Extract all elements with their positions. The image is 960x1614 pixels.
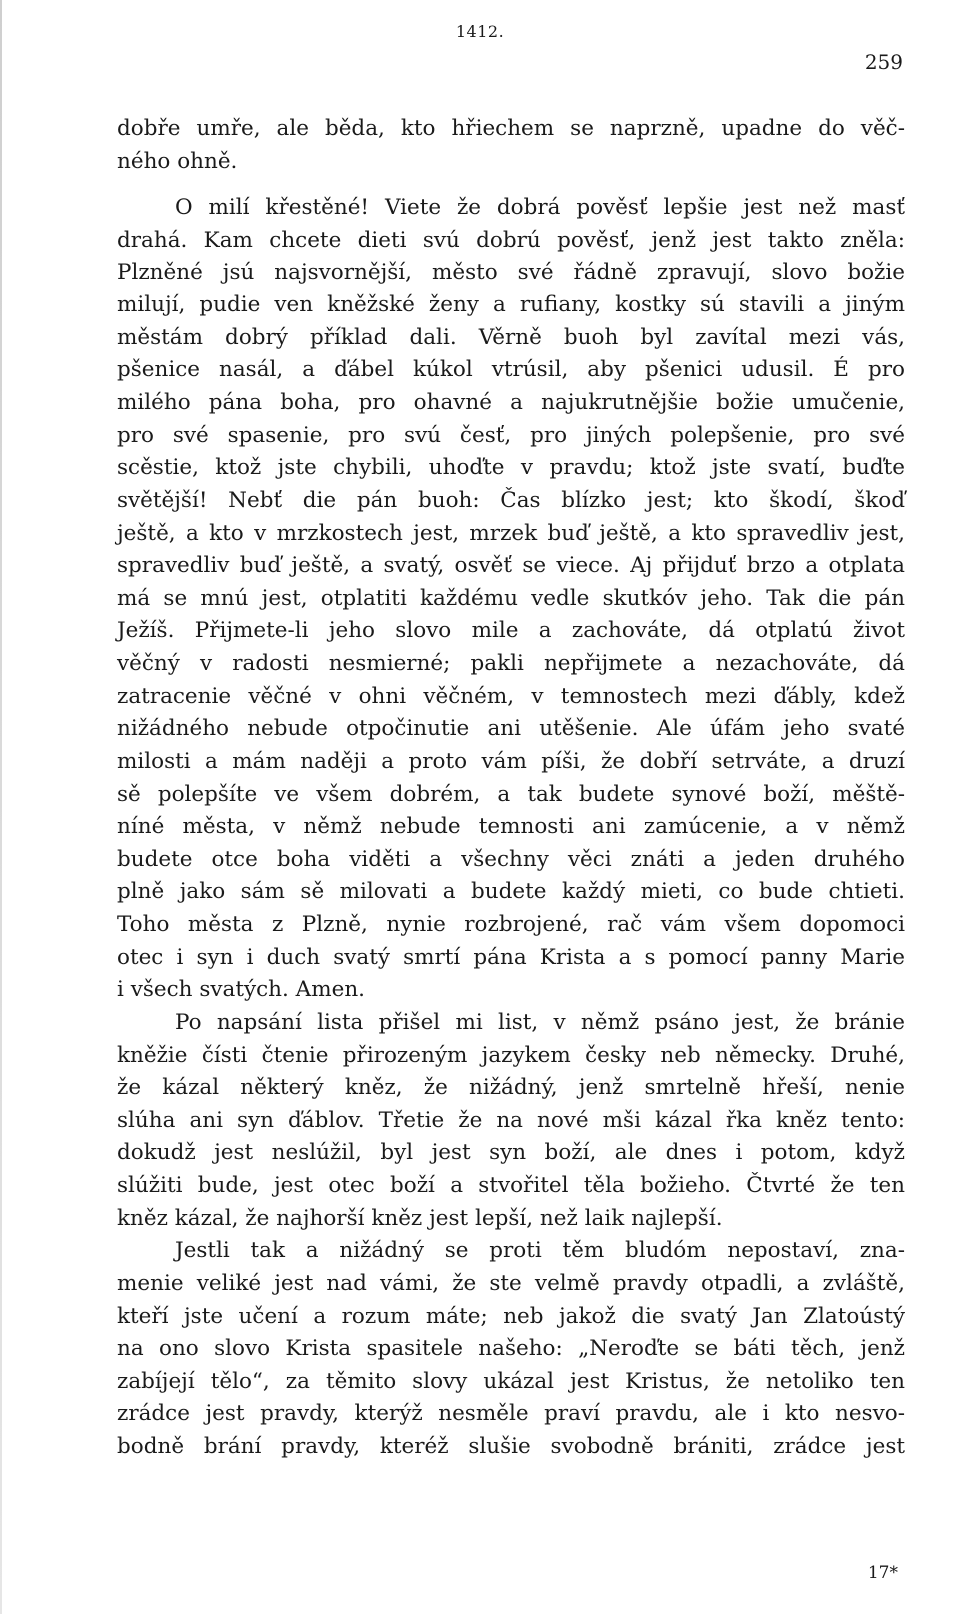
text-line: pšenice nasál, a ďábel kúkol vtrúsil, ab… xyxy=(117,355,905,385)
text-line: sě polepšíte ve všem dobrém, a tak budet… xyxy=(117,780,905,810)
text-line: plně jako sám sě milovati a budete každý… xyxy=(117,877,905,907)
text-line: Plzněné jsú najsvornější, město své řádn… xyxy=(117,258,905,288)
text-line: milého pána boha, pro ohavné a najukrutn… xyxy=(117,388,905,418)
text-line: milosti a mám naději a proto vám píši, ž… xyxy=(117,747,905,777)
text-line: ještě, a kto v mrzkostech jest, mrzek bu… xyxy=(117,519,905,549)
signature-mark: 17* xyxy=(868,1563,898,1583)
text-line: zabíjejí tělo“, za těmito slovy ukázal j… xyxy=(117,1367,905,1397)
text-line: Jestli tak a nižádný se proti těm bludóm… xyxy=(175,1236,905,1266)
text-line: kněz kázal, že najhorší kněz jest lepší,… xyxy=(117,1204,905,1234)
text-line: kněžie čísti čtenie přirozeným jazykem č… xyxy=(117,1041,905,1071)
text-line: slúha ani syn ďáblov. Třetie že na nové … xyxy=(117,1106,905,1136)
text-line: dokudž jest neslúžil, byl jest syn boží,… xyxy=(117,1138,905,1168)
text-line: menie veliké jest nad vámi, že ste velmě… xyxy=(117,1269,905,1299)
text-line: má se mnú jest, otplatiti každému vedle … xyxy=(117,584,905,614)
text-line: nižádného nebude otpočinutie ani utěšeni… xyxy=(117,714,905,744)
page-edge-shadow xyxy=(0,0,2,1614)
text-line: slúžiti bude, jest otec boží a stvořitel… xyxy=(117,1171,905,1201)
text-line: O milí křestěné! Viete že dobrá pověsť l… xyxy=(175,193,905,223)
page-number: 259 xyxy=(865,50,903,74)
text-line: drahá. Kam chcete dieti svú dobrú pověsť… xyxy=(117,226,905,256)
text-line: světější! Nebť die pán buoh: Čas blízko … xyxy=(117,486,905,516)
text-line: zrádce jest pravdy, kterýž nesměle praví… xyxy=(117,1399,905,1429)
text-line: zatracenie věčné v ohni věčném, v temnos… xyxy=(117,682,905,712)
text-line: ného ohně. xyxy=(117,147,905,177)
text-line: i všech svatých. Amen. xyxy=(117,975,905,1005)
text-line: kteří jste učení a rozum máte; neb jakož… xyxy=(117,1302,905,1332)
text-line: níné města, v němž nebude temnosti ani z… xyxy=(117,812,905,842)
text-line: věčný v radosti nesmierné; pakli nepřijm… xyxy=(117,649,905,679)
text-line: že kázal některý kněz, že nižádný, jenž … xyxy=(117,1073,905,1103)
text-line: budete otce boha viděti a všechny věci z… xyxy=(117,845,905,875)
text-line: bodně brání pravdy, kteréž slušie svobod… xyxy=(117,1432,905,1462)
text-line: Po napsání lista přišel mi list, v němž … xyxy=(175,1008,905,1038)
text-line: Ježíš. Přijmete-li jeho slovo mile a zac… xyxy=(117,616,905,646)
text-line: spravedliv buď ještě, a svatý, osvěť se … xyxy=(117,551,905,581)
text-line: pro své spasenie, pro svú česť, pro jiný… xyxy=(117,421,905,451)
running-head-year: 1412. xyxy=(0,22,960,41)
text-line: na ono slovo Krista spasitele našeho: „N… xyxy=(117,1334,905,1364)
text-line: dobře umře, ale běda, kto hřiechem se na… xyxy=(117,114,905,144)
text-line: Toho města z Plzně, nynie rozbrojené, ra… xyxy=(117,910,905,940)
text-line: městám dobrý příklad dali. Věrně buoh by… xyxy=(117,323,905,353)
text-line: scěstie, ktož jste chybili, uhoďte v pra… xyxy=(117,453,905,483)
text-line: otec i syn i duch svatý smrtí pána Krist… xyxy=(117,943,905,973)
text-line: milují, pudie ven kněžské ženy a rufiany… xyxy=(117,290,905,320)
